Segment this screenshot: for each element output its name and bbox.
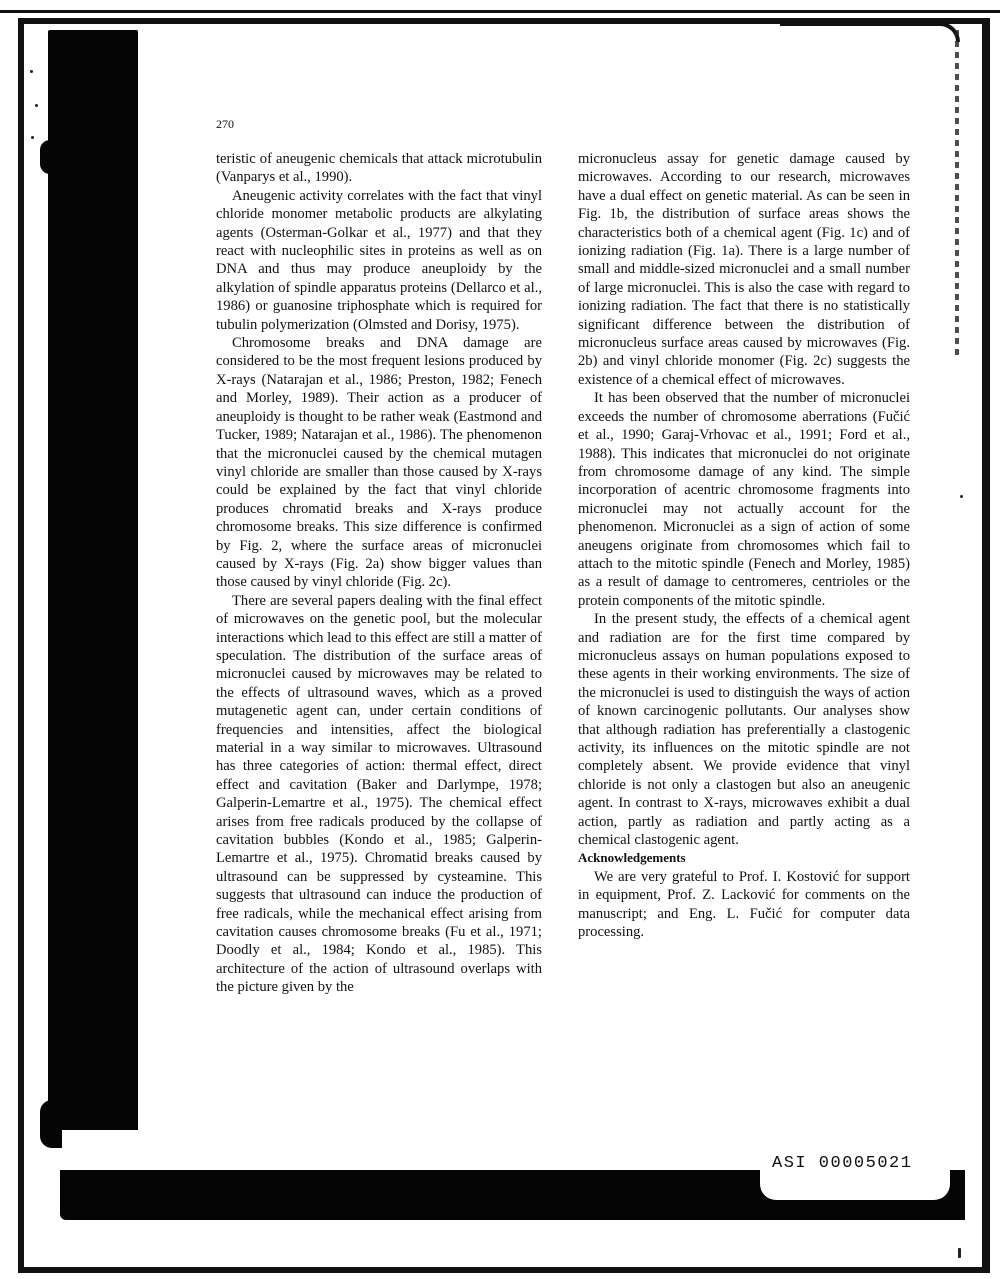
acknowledgements-heading: Acknowledgements <box>578 849 910 867</box>
paragraph: teristic of aneugenic chemicals that att… <box>216 150 542 187</box>
scan-border-top <box>0 10 1000 13</box>
scan-edge-right <box>955 30 959 360</box>
right-column: micronucleus assay for genetic damage ca… <box>578 150 910 941</box>
paragraph: micronucleus assay for genetic damage ca… <box>578 150 910 389</box>
scan-shadow-left-bump <box>40 1100 62 1148</box>
scan-speck <box>35 104 38 107</box>
paragraph: It has been observed that the number of … <box>578 389 910 610</box>
scan-speck <box>958 1248 961 1258</box>
paragraph: In the present study, the effects of a c… <box>578 610 910 849</box>
scan-speck <box>31 136 34 139</box>
scan-speck <box>960 495 963 498</box>
paragraph: There are several papers dealing with th… <box>216 592 542 997</box>
scan-page-corner <box>780 22 960 42</box>
page-number: 270 <box>216 117 234 132</box>
bates-stamp: ASI 00005021 <box>772 1154 912 1173</box>
left-column: teristic of aneugenic chemicals that att… <box>216 150 542 997</box>
scan-shadow-left <box>48 30 138 1130</box>
acknowledgements-text: We are very grateful to Prof. I. Kostovi… <box>578 868 910 942</box>
scan-speck <box>30 70 33 73</box>
paragraph: Chromosome breaks and DNA damage are con… <box>216 334 542 592</box>
paragraph: Aneugenic activity correlates with the f… <box>216 187 542 334</box>
scan-shadow-left-bump-top <box>40 140 54 174</box>
